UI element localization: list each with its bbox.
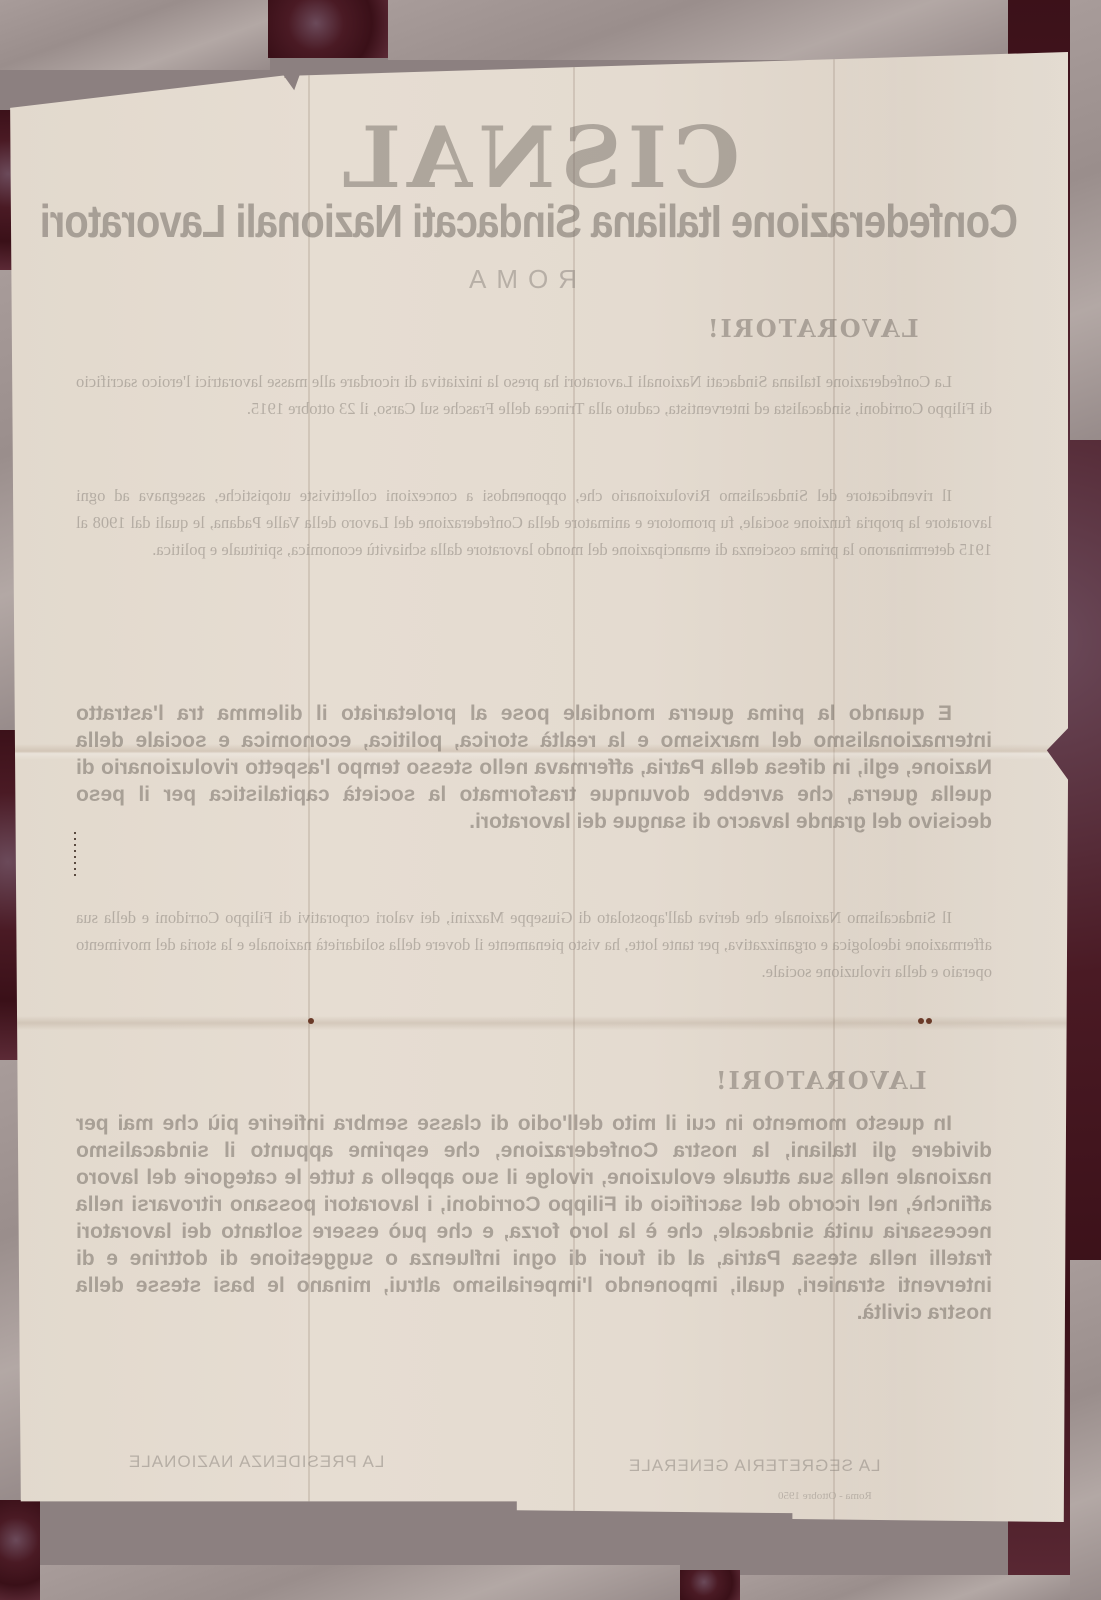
header-city: ROMA — [8, 264, 1028, 295]
poster-paper: CISNAL Confederazione Italiana Sindacati… — [8, 52, 1068, 1522]
marble-tile-grey — [1070, 0, 1101, 440]
margin-marks — [74, 832, 76, 880]
pin-hole — [308, 1018, 314, 1024]
paragraph: Il Sindacalismo Nazionale che deriva dal… — [76, 904, 992, 985]
marble-tile-red — [680, 1570, 740, 1600]
header-logo: CISNAL — [8, 108, 1068, 207]
paragraph: Il rivendicatore del Sindacalismo Rivolu… — [76, 482, 992, 563]
marble-tile-grey — [0, 1060, 20, 1500]
marble-tile-grey — [740, 1575, 1070, 1600]
paragraph-bold: In questo momento in cui il mito dell'od… — [76, 1110, 992, 1326]
marble-tile-red — [268, 0, 388, 58]
header-organization: Confederazione Italiana Sindacati Nazion… — [68, 197, 1018, 249]
section-title: LAVORATORI! — [714, 1066, 927, 1095]
section-title: LAVORATORI! — [706, 314, 919, 343]
marble-tile-grey — [1070, 1260, 1101, 1600]
pin-hole — [918, 1018, 924, 1024]
paragraph: La Confederazione Italiana Sindacati Naz… — [76, 368, 992, 422]
paragraph-bold: E quando la prima guerra mondiale pose a… — [76, 700, 992, 835]
signature-presidenza: LA PRESIDENZA NAZIONALE — [128, 1452, 384, 1472]
pin-hole — [926, 1018, 932, 1024]
marble-tile-red — [0, 1500, 40, 1600]
marble-tile-grey — [0, 0, 270, 70]
signature-segreteria: LA SEGRETERIA GENERALE — [628, 1456, 881, 1476]
marble-tile-grey — [388, 0, 1008, 60]
marble-tile-grey — [40, 1565, 680, 1600]
printer-line: Roma - Ottobre 1950 — [778, 1490, 872, 1502]
